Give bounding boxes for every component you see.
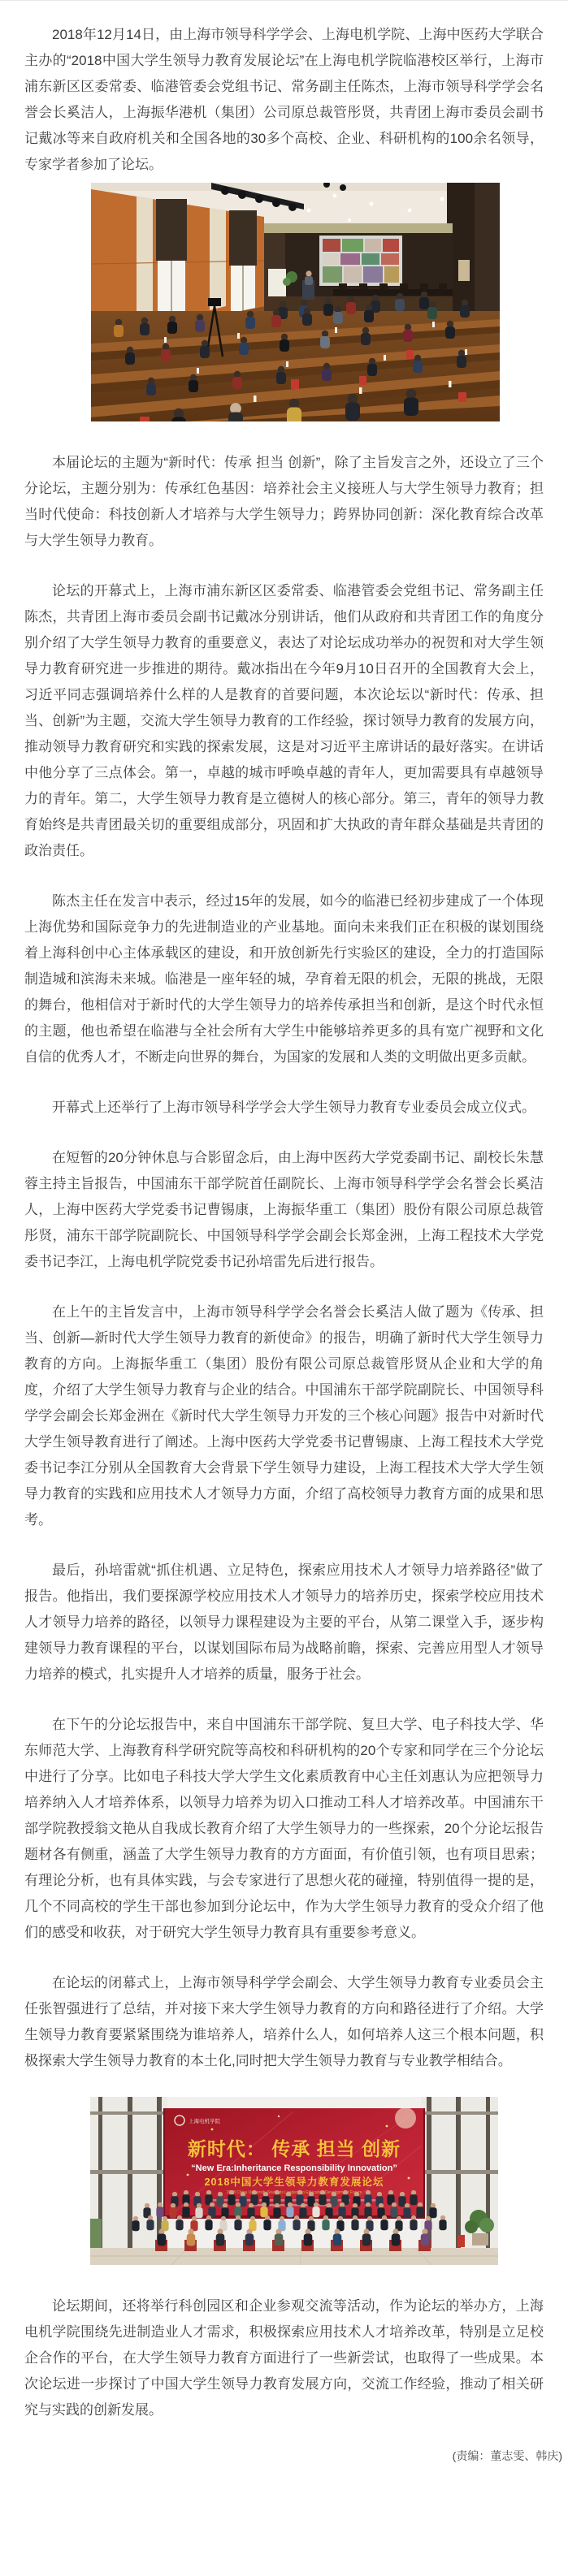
banner-logo-text: 上海电机学院: [189, 2117, 221, 2124]
paragraph-committee-founding: 开幕式上还举行了上海市领导科学学会大学生领导力教育专业委员会成立仪式。: [24, 1095, 544, 1121]
paragraph-keynote-lineup: 在短暂的20分钟休息与合影留念后，由上海中医药大学党委副书记、副校长朱慧蓉主持主…: [24, 1145, 544, 1275]
conference-hall-illustration: [91, 183, 500, 421]
group-photo: 上海电机学院 新时代： 传承 担当 创新 “New Era:Inheritanc…: [90, 2097, 498, 2265]
paragraph-opening-speeches: 论坛的开幕式上，上海市浦东新区区委常委、临港管委会党组书记、常务副主任陈杰，共青…: [24, 578, 544, 864]
article-page: 2018年12月14日，由上海市领导科学学会、上海电机学院、上海中医药大学联合主…: [0, 0, 568, 2576]
paragraph-closing-remarks: 论坛期间，还将举行科创园区和企业参观交流等活动，作为论坛的举办方，上海电机学院围…: [24, 2293, 544, 2423]
conference-hall-photo: [91, 183, 500, 421]
paragraph-theme: 本届论坛的主题为“新时代：传承 担当 创新”，除了主旨发言之外，还设立了三个分论…: [24, 450, 544, 554]
editor-credit: (责编：董志雯、韩庆): [24, 2448, 562, 2464]
paragraph-intro: 2018年12月14日，由上海市领导科学学会、上海电机学院、上海中医药大学联合主…: [24, 22, 544, 178]
banner-title: 新时代： 传承 担当 创新: [188, 2138, 401, 2159]
paragraph-chenjie: 陈杰主任在发言中表示，经过15年的发展，如今的临港已经初步建成了一个体现上海优势…: [24, 888, 544, 1070]
paragraph-afternoon-subforums: 在下午的分论坛报告中，来自中国浦东干部学院、复旦大学、电子科技大学、华东师范大学…: [24, 1712, 544, 1946]
paragraph-sunpeilei-report: 最后，孙培雷就“抓住机遇、立足特色，探索应用技术人才领导力培养路径”做了报告。他…: [24, 1558, 544, 1688]
paragraph-morning-keynotes: 在上午的主旨发言中，上海市领导科学学会名誉会长奚洁人做了题为《传承、担当、创新—…: [24, 1299, 544, 1533]
banner-forum-name-cn: 2018中国大学生领导力教育发展论坛: [205, 2176, 384, 2188]
banner-forum-name-en: 2018 China University Students Leadershi…: [227, 2190, 362, 2195]
article-body: 2018年12月14日，由上海市领导科学学会、上海电机学院、上海中医药大学联合主…: [0, 1, 568, 2464]
banner-subtitle-en: “New Era:Inheritance Responsibility Inno…: [191, 2163, 397, 2173]
paragraph-closing-ceremony: 在论坛的闭幕式上，上海市领导科学学会副会、大学生领导力教育专业委员会主任张智强进…: [24, 1970, 544, 2074]
group-photo-illustration: 上海电机学院 新时代： 传承 担当 创新 “New Era:Inheritanc…: [90, 2097, 498, 2265]
